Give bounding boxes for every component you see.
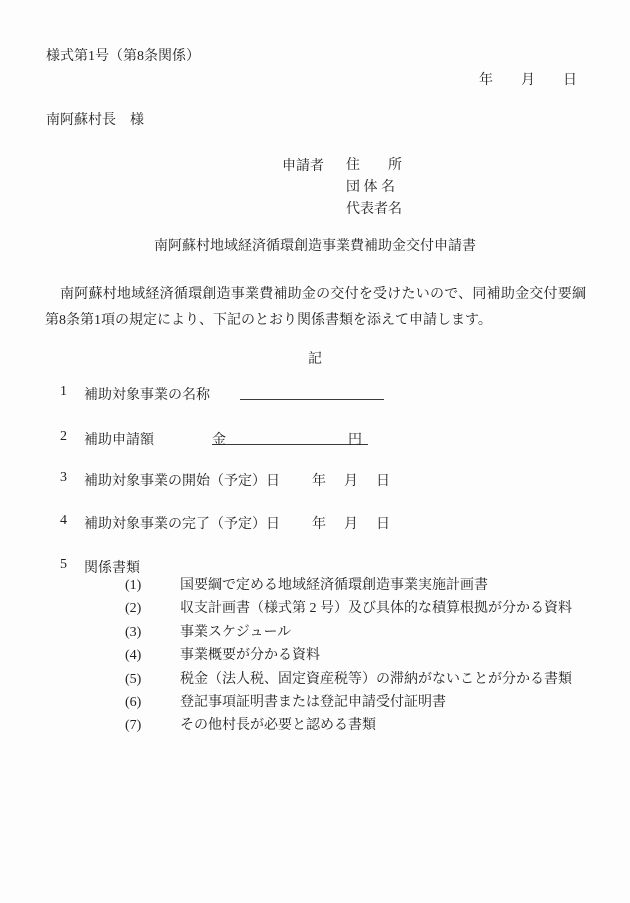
applicant-field-organization: 団 体 名 xyxy=(346,177,402,199)
item-requested-amount: 2 補助申請額 金 円 xyxy=(0,429,630,446)
attachment-7-text: その他村長が必要と認める書類 xyxy=(180,718,376,741)
item-start-date: 3 補助対象事業の開始（予定）日 年 月 日 xyxy=(0,470,630,487)
item-end-date-label: 補助対象事業の完了（予定）日 xyxy=(84,513,280,533)
attachment-5-number: (5) xyxy=(125,672,180,695)
date-line: 年 月 日 xyxy=(479,69,577,89)
item-project-name-number: 1 xyxy=(60,384,67,400)
attachment-item: (4) 事業概要が分かる資料 xyxy=(0,648,630,671)
item-start-date-number: 3 xyxy=(60,470,67,486)
attachment-2-number: (2) xyxy=(125,601,180,624)
attachment-2-text: 収支計画書（様式第 2 号）及び具体的な積算根拠が分かる資料 xyxy=(180,601,572,624)
document-page: 様式第1号（第8条関係） 年 月 日 南阿蘇村長 様 申請者 住 所 団 体 名… xyxy=(0,0,630,903)
attachment-3-text: 事業スケジュール xyxy=(180,625,291,648)
applicant-field-representative: 代表者名 xyxy=(346,199,402,221)
attachment-4-text: 事業概要が分かる資料 xyxy=(180,648,320,671)
applicant-field-address: 住 所 xyxy=(346,155,402,177)
applicant-block: 申請者 住 所 団 体 名 代表者名 xyxy=(282,155,402,221)
item-requested-amount-blank-field: 金 円 xyxy=(212,429,368,445)
form-number: 様式第1号（第8条関係） xyxy=(46,45,200,65)
attachment-1-number: (1) xyxy=(125,578,180,601)
item-end-date: 4 補助対象事業の完了（予定）日 年 月 日 xyxy=(0,513,630,530)
item-project-name-label: 補助対象事業の名称 xyxy=(84,384,210,404)
attachment-4-number: (4) xyxy=(125,648,180,671)
attachment-3-number: (3) xyxy=(125,625,180,648)
item-related-documents-label: 関係書類 xyxy=(84,557,140,577)
body-paragraph: 南阿蘇村地域経済循環創造事業費補助金の交付を受けたいので、同補助金交付要綱第8条… xyxy=(45,282,586,334)
attachment-item: (1) 国要綱で定める地域経済循環創造事業実施計画書 xyxy=(0,578,630,601)
item-start-date-label: 補助対象事業の開始（予定）日 xyxy=(84,470,280,490)
attachment-6-text: 登記事項証明書または登記申請受付証明書 xyxy=(180,695,446,718)
item-project-name: 1 補助対象事業の名称 xyxy=(0,384,630,401)
attachment-7-number: (7) xyxy=(125,718,180,741)
item-end-date-number: 4 xyxy=(60,513,67,529)
item-end-date-field: 年 月 日 xyxy=(312,513,392,533)
item-related-documents: 5 関係書類 xyxy=(0,557,630,574)
applicant-fields: 住 所 団 体 名 代表者名 xyxy=(346,155,402,221)
item-requested-amount-number: 2 xyxy=(60,429,67,445)
item-related-documents-number: 5 xyxy=(60,557,67,573)
attachment-item: (5) 税金（法人税、固定資産税等）の滞納がないことが分かる書類 xyxy=(0,672,630,695)
attachment-1-text: 国要綱で定める地域経済循環創造事業実施計画書 xyxy=(180,578,488,601)
record-mark: 記 xyxy=(0,348,630,368)
item-start-date-field: 年 月 日 xyxy=(312,470,392,490)
attachment-6-number: (6) xyxy=(125,695,180,718)
attachment-5-text: 税金（法人税、固定資産税等）の滞納がないことが分かる書類 xyxy=(180,672,572,695)
attachment-item: (3) 事業スケジュール xyxy=(0,625,630,648)
attachment-item: (2) 収支計画書（様式第 2 号）及び具体的な積算根拠が分かる資料 xyxy=(0,601,630,624)
addressee: 南阿蘇村長 様 xyxy=(46,109,144,129)
item-project-name-blank-field xyxy=(240,384,384,400)
attachment-list: (1) 国要綱で定める地域経済循環創造事業実施計画書 (2) 収支計画書（様式第… xyxy=(0,578,630,742)
attachment-item: (6) 登記事項証明書または登記申請受付証明書 xyxy=(0,695,630,718)
item-requested-amount-label: 補助申請額 xyxy=(84,429,154,449)
attachment-item: (7) その他村長が必要と認める書類 xyxy=(0,718,630,741)
money-suffix: 円 xyxy=(348,429,362,444)
document-title: 南阿蘇村地域経済循環創造事業費補助金交付申請書 xyxy=(0,235,630,255)
money-prefix: 金 xyxy=(212,429,226,444)
applicant-label: 申請者 xyxy=(282,155,324,175)
